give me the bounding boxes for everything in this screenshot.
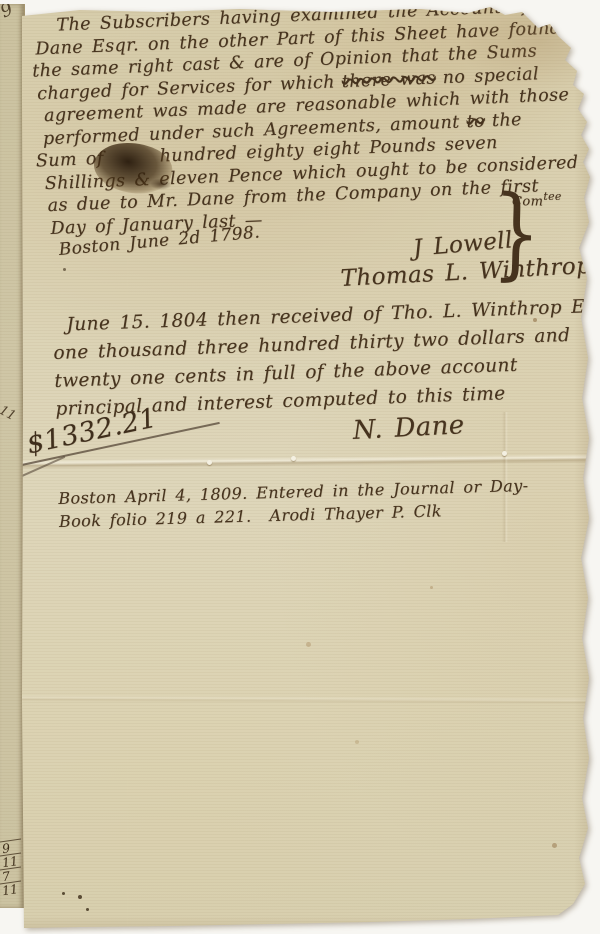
struck-out-word: to bbox=[466, 111, 485, 132]
stain-speck bbox=[512, 300, 515, 303]
ink-blot-smudge bbox=[150, 178, 172, 190]
signature-dane: N. Dane bbox=[352, 410, 465, 446]
stain-speck bbox=[430, 586, 433, 589]
committee-label: Comtee bbox=[512, 190, 562, 209]
ink-dot bbox=[86, 908, 89, 911]
clerk-entry-text: Book folio 219 a 221. bbox=[59, 507, 252, 531]
clerk-entry-paragraph: Boston April 4, 1809. Entered in the Jou… bbox=[58, 472, 589, 533]
ink-dot bbox=[62, 892, 65, 895]
clerk-signature: Arodi Thayer P. Clk bbox=[269, 501, 442, 525]
report-line-text: no special bbox=[442, 64, 539, 88]
horizontal-fold-crease bbox=[22, 695, 590, 705]
committee-label-text: Com bbox=[512, 194, 543, 209]
struck-out-words: there was bbox=[341, 68, 436, 92]
stain-speck bbox=[306, 642, 311, 647]
document-scan: 9 11 9 11 7 11 The Subscribers having ex… bbox=[0, 0, 600, 934]
pinhole bbox=[502, 451, 507, 456]
report-line-text: the bbox=[492, 109, 523, 130]
pinhole bbox=[207, 460, 212, 465]
paper-shadow-wrap: The Subscribers having examined the Acco… bbox=[0, 0, 600, 934]
horizontal-fold-crease bbox=[20, 454, 592, 469]
signature-winthrop: Thomas L. Winthrop bbox=[340, 253, 592, 292]
stain-speck bbox=[552, 843, 557, 848]
stain-speck bbox=[533, 318, 537, 322]
stain-speck bbox=[355, 740, 359, 744]
pinhole bbox=[291, 456, 296, 461]
committee-label-superscript: tee bbox=[543, 190, 561, 203]
ink-dot bbox=[78, 895, 82, 899]
receipt-paragraph: June 15. 1804 then received of Tho. L. W… bbox=[52, 294, 586, 424]
manuscript-paper: The Subscribers having examined the Acco… bbox=[0, 0, 600, 934]
ink-dot bbox=[63, 268, 66, 271]
